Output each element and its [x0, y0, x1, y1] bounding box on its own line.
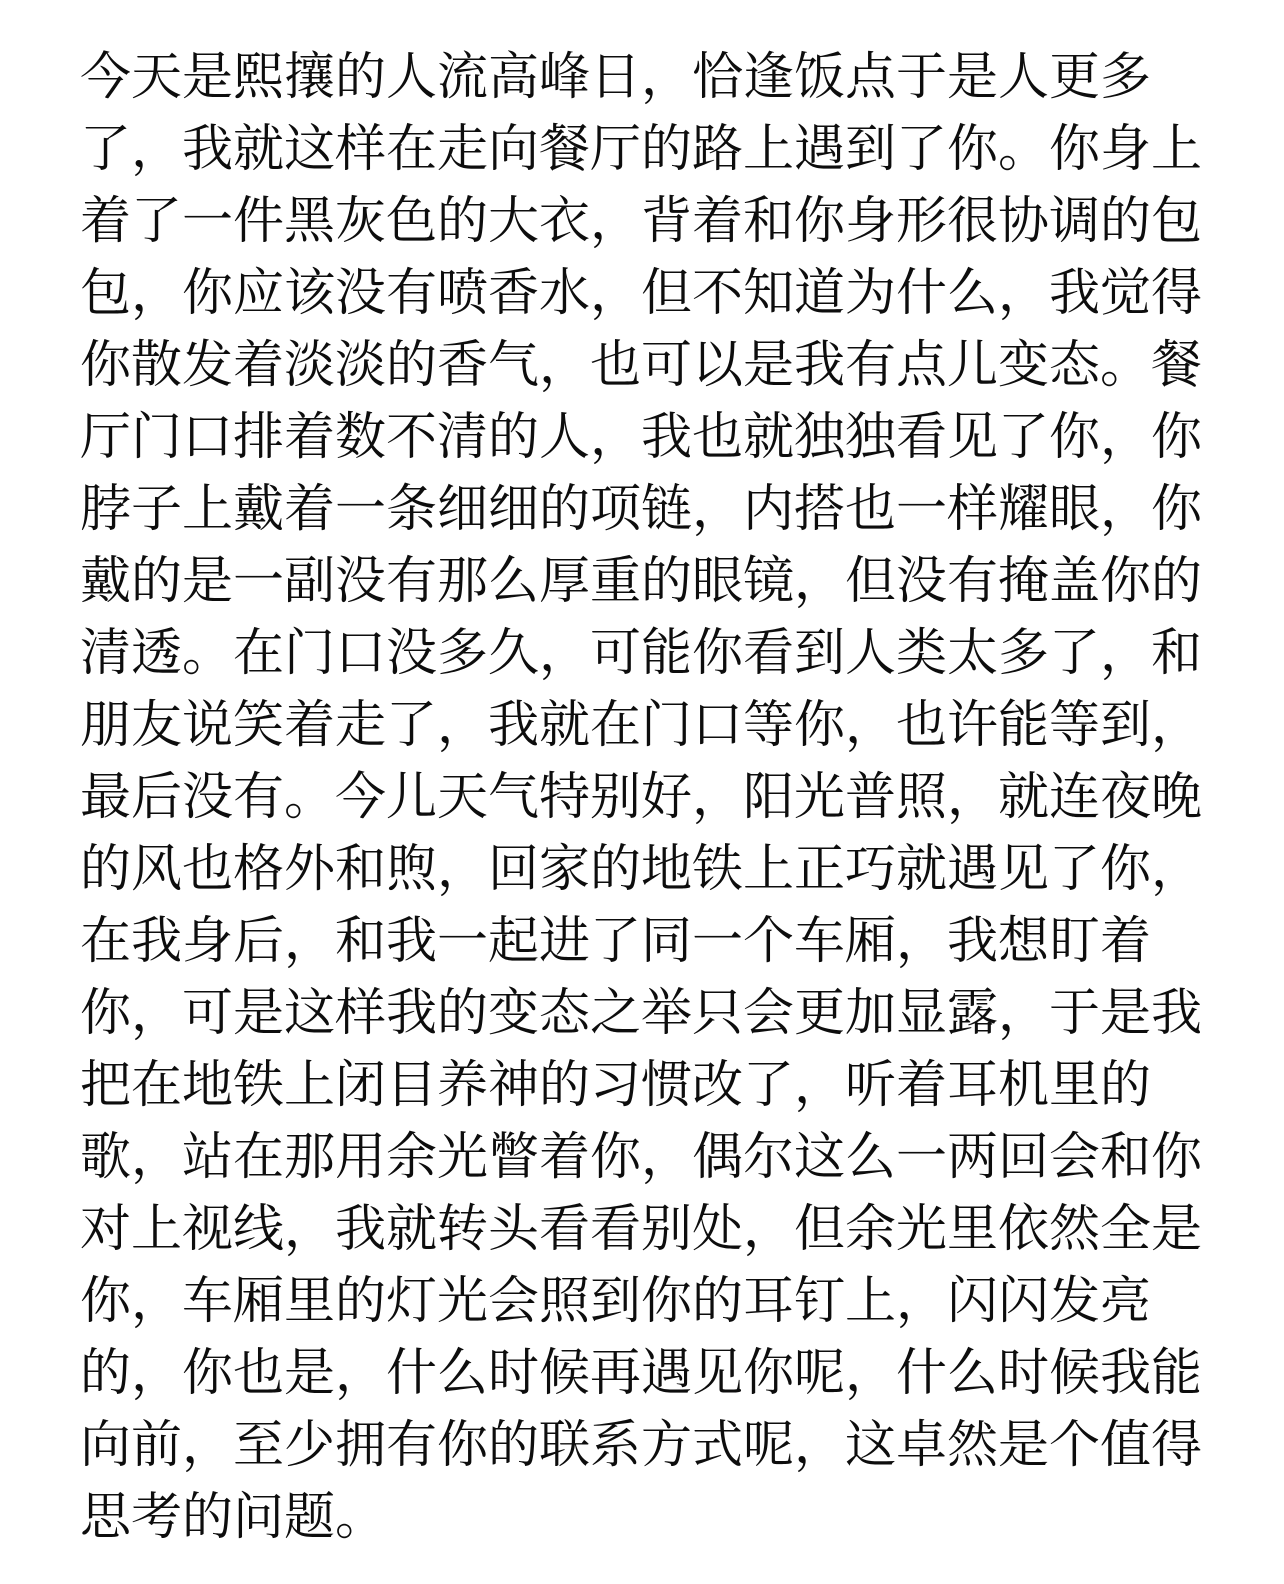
text-line: 你，可是这样我的变态之举只会更加显露，于是我 — [80, 977, 1208, 1049]
text-line: 清透。在门口没多久，可能你看到人类太多了，和 — [80, 617, 1208, 689]
text-screenshot-page: 今天是熙攘的人流高峰日，恰逢饭点于是人更多 了，我就这样在走向餐厅的路上遇到了你… — [0, 0, 1284, 1584]
text-line: 向前，至少拥有你的联系方式呢，这卓然是个值得 — [80, 1409, 1208, 1481]
text-line: 今天是熙攘的人流高峰日，恰逢饭点于是人更多 — [80, 41, 1208, 113]
text-line: 的风也格外和煦，回家的地铁上正巧就遇见了你， — [80, 833, 1208, 905]
text-line: 厅门口排着数不清的人，我也就独独看见了你，你 — [80, 401, 1208, 473]
text-line: 了，我就这样在走向餐厅的路上遇到了你。你身上 — [80, 113, 1208, 185]
text-line: 对上视线，我就转头看看别处，但余光里依然全是 — [80, 1193, 1208, 1265]
text-line: 思考的问题。 — [80, 1481, 1208, 1553]
text-line: 把在地铁上闭目养神的习惯改了，听着耳机里的 — [80, 1049, 1208, 1121]
text-line: 歌，站在那用余光瞥着你，偶尔这么一两回会和你 — [80, 1121, 1208, 1193]
text-line: 在我身后，和我一起进了同一个车厢，我想盯着 — [80, 905, 1208, 977]
text-line: 的，你也是，什么时候再遇见你呢，什么时候我能 — [80, 1337, 1208, 1409]
text-line: 戴的是一副没有那么厚重的眼镜，但没有掩盖你的 — [80, 545, 1208, 617]
text-line: 朋友说笑着走了，我就在门口等你，也许能等到， — [80, 689, 1208, 761]
text-line: 你，车厢里的灯光会照到你的耳钉上，闪闪发亮 — [80, 1265, 1208, 1337]
text-line: 包，你应该没有喷香水，但不知道为什么，我觉得 — [80, 257, 1208, 329]
text-line: 着了一件黑灰色的大衣，背着和你身形很协调的包 — [80, 185, 1208, 257]
text-line: 你散发着淡淡的香气，也可以是我有点儿变态。餐 — [80, 329, 1208, 401]
text-line: 脖子上戴着一条细细的项链，内搭也一样耀眼，你 — [80, 473, 1208, 545]
paragraph-text: 今天是熙攘的人流高峰日，恰逢饭点于是人更多 了，我就这样在走向餐厅的路上遇到了你… — [80, 41, 1208, 1553]
text-line: 最后没有。今儿天气特别好，阳光普照，就连夜晚 — [80, 761, 1208, 833]
